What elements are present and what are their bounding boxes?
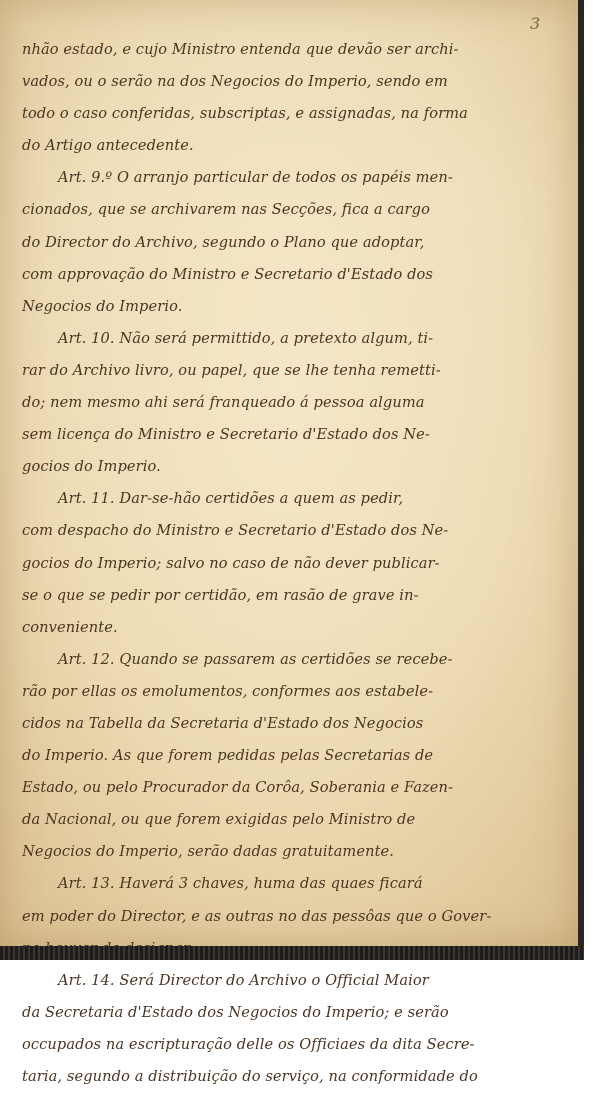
- text-line: do Director do Archivo, segundo o Plano …: [22, 227, 574, 259]
- text-line: do Artigo antecedente.: [22, 130, 574, 162]
- article-heading-line: Art. 9.º O arranjo particular de todos o…: [22, 162, 574, 194]
- article-heading-line: Art. 10. Não será permittido, a pretexto…: [22, 323, 574, 355]
- text-line: cidos na Tabella da Secretaria d'Estado …: [22, 708, 574, 740]
- text-line: com approvação do Ministro e Secretario …: [22, 259, 574, 291]
- manuscript-page: 3 nhão estado, e cujo Ministro entenda q…: [0, 0, 578, 946]
- text-line: com despacho do Ministro e Secretario d'…: [22, 515, 574, 547]
- text-line: Negocios do Imperio, serão dadas gratuit…: [22, 836, 574, 868]
- text-line: rar do Archivo livro, ou papel, que se l…: [22, 355, 574, 387]
- text-line: conveniente.: [22, 612, 574, 644]
- page-number: 3: [530, 14, 540, 33]
- text-line: vados, ou o serão na dos Negocios do Imp…: [22, 66, 574, 98]
- scan-border-right: [578, 0, 584, 960]
- text-line: gocios do Imperio.: [22, 451, 574, 483]
- scanned-document-frame: 3 nhão estado, e cujo Ministro entenda q…: [0, 0, 593, 960]
- handwritten-text-block: nhão estado, e cujo Ministro entenda que…: [22, 34, 574, 960]
- text-line: sem licença do Ministro e Secretario d'E…: [22, 419, 574, 451]
- text-line: Estado, ou pelo Procurador da Corôa, Sob…: [22, 772, 574, 804]
- text-line: em poder do Director, e as outras no das…: [22, 901, 574, 933]
- text-line: do; nem mesmo ahi será franqueado á pess…: [22, 387, 574, 419]
- article-heading-line: Art. 12. Quando se passarem as certidões…: [22, 644, 574, 676]
- text-line: nhão estado, e cujo Ministro entenda que…: [22, 34, 574, 66]
- scan-border-bottom: [0, 946, 584, 960]
- article-heading-line: Art. 11. Dar-se-hão certidões a quem as …: [22, 483, 574, 515]
- text-line: cionados, que se archivarem nas Secções,…: [22, 194, 574, 226]
- text-line: Negocios do Imperio.: [22, 291, 574, 323]
- text-line: rão por ellas os emolumentos, conformes …: [22, 676, 574, 708]
- text-line: da Nacional, ou que forem exigidas pelo …: [22, 804, 574, 836]
- article-heading-line: Art. 13. Haverá 3 chaves, huma das quaes…: [22, 868, 574, 900]
- text-line: gocios do Imperio; salvo no caso de não …: [22, 548, 574, 580]
- text-line: se o que se pedir por certidão, em rasão…: [22, 580, 574, 612]
- text-line: todo o caso conferidas, subscriptas, e a…: [22, 98, 574, 130]
- text-line: do Imperio. As que forem pedidas pelas S…: [22, 740, 574, 772]
